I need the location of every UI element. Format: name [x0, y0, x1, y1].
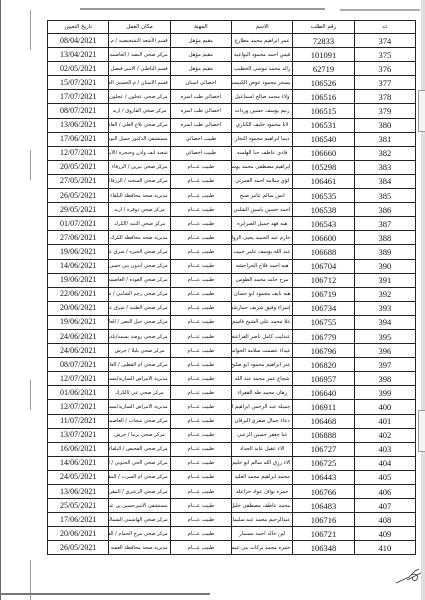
table-row: 381106540ديما ابراهيم محمود النجارطبيب ا… — [48, 132, 416, 146]
row-job-title: طبيب عـــام — [170, 513, 231, 527]
row-seq: 382 — [354, 146, 415, 160]
table-row: 382106660فادي عاطف حنا الهلسهطبيب اخصائي… — [48, 146, 416, 160]
row-job-title: طبيب عـــام — [170, 245, 231, 259]
row-seq: 394 — [354, 315, 415, 329]
row-seq: 410 — [354, 541, 415, 555]
row-date: 13/07/2021 — [48, 428, 109, 442]
row-request-no: 106483 — [293, 499, 354, 513]
row-request-no: 106704 — [293, 259, 354, 273]
table-row: 405106443محمد ابراهيم محمد العليدطبيب عـ… — [48, 470, 416, 484]
row-request-no: 105298 — [293, 160, 354, 174]
header-rule — [80, 8, 325, 10]
row-name: الاء عقيل عايد الحداد — [232, 442, 293, 456]
row-seq: 398 — [354, 372, 415, 386]
row-name: فادي عاطف حنا الهلسه — [232, 146, 293, 160]
row-job-title: طبيب عـــام — [170, 428, 231, 442]
row-job-title: طبيب عـــام — [170, 541, 231, 555]
row-job-title: طبيب عـــام — [170, 527, 231, 541]
row-date: 25/05/2021 — [48, 499, 109, 513]
row-name: جميله عبد الرحمن ابراهيم ابو عجميه — [232, 400, 293, 414]
row-job-title: اخصائي طب اسره — [170, 104, 231, 118]
table-row: 410106348حمزه محمد بركات بني عيسىطبيب عـ… — [48, 541, 416, 555]
row-date: 01/06/2021 — [48, 386, 109, 400]
row-name: احمد حسين ياسين الشلبي — [232, 203, 293, 217]
row-seq: 387 — [354, 217, 415, 231]
row-seq: 389 — [354, 245, 415, 259]
row-date: 29/05/2021 — [48, 203, 109, 217]
row-workplace: مركز صحي بيرين / الزرقاء — [109, 160, 170, 174]
row-date: 20/06/2021 — [48, 527, 109, 541]
row-workplace: مركز صحي مرج الحمام / العاصمه — [109, 527, 170, 541]
row-date: 08/04/2021 — [48, 34, 109, 48]
row-workplace: مركز صحي ابدون بني حسن / المفرق — [109, 259, 170, 273]
table-row: 399106640رهان محمد طه القفراءطبيب عـــام… — [48, 386, 416, 400]
row-name: هبه احمد فلاح الحراحشه — [232, 259, 293, 273]
row-request-no: 106535 — [293, 189, 354, 203]
row-request-no: 106721 — [293, 527, 354, 541]
table-row: 385106535انس سالم عامر صبحطبيب عـــاممدي… — [48, 189, 416, 203]
row-request-no: 106443 — [293, 470, 354, 484]
row-date: 11/07/2021 — [48, 414, 109, 428]
row-workplace: مستشفى الدكتور جميل التوتنجي/ سحاب — [109, 132, 170, 146]
page-edge — [0, 0, 1, 600]
table-row: 386106538احمد حسين ياسين الشلبيطبيب عـــ… — [48, 203, 416, 217]
row-request-no: 106468 — [293, 414, 354, 428]
header-name: الاسم — [232, 21, 293, 34]
row-workplace: مركز صحي ام القطين / العاصمه — [109, 358, 170, 372]
row-workplace: مركز صحي الثنيه /الكرك — [109, 217, 170, 231]
row-name: عمر ابراهيم محمد مطارع — [232, 34, 293, 48]
row-request-no: 106348 — [293, 541, 354, 555]
row-name: حمزه محمد بركات بني عيسى — [232, 541, 293, 555]
row-date: 16/06/2021 — [48, 442, 109, 456]
row-seq: 391 — [354, 273, 415, 287]
row-request-no: 106820 — [293, 358, 354, 372]
row-date: 13/06/2021 — [48, 118, 109, 132]
row-seq: 401 — [354, 414, 415, 428]
row-workplace: مركز صحي رجم الشامي / شرق عمان — [109, 287, 170, 301]
row-seq: 386 — [354, 203, 415, 217]
row-request-no: 101091 — [293, 48, 354, 62]
row-date: 26/05/2021 — [48, 541, 109, 555]
row-workplace: مركز صحي الهاشمي الشمالي / العاصمه — [109, 513, 170, 527]
row-workplace: مركز صحي الزعتري / المفرق — [109, 485, 170, 499]
row-job-title: طبيب عـــام — [170, 344, 231, 358]
row-job-title: طبيب عـــام — [170, 160, 231, 174]
row-date: 12/07/2021 — [48, 146, 109, 160]
table-row: 378106516ولاء محمد صالح اسماعيلاخصائي طب… — [48, 90, 416, 104]
row-job-title: اخصائي طب اسره — [170, 90, 231, 104]
row-workplace: مركز صحي البصه / العاصمه — [109, 48, 170, 62]
row-name: محمد عاطف مصطفى خليل — [232, 499, 293, 513]
row-request-no: 62719 — [293, 62, 354, 76]
row-seq: 403 — [354, 442, 415, 456]
row-job-title: طبيب عـــام — [170, 217, 231, 231]
row-workplace: مركز صحي الفاروق / اربد — [109, 104, 170, 118]
table-row: 404106725الاء رزق الله سالم ابو حليمطبيب… — [48, 456, 416, 470]
row-workplace: شعبة انف واذن وحنجرة /الايمان عجلون — [109, 146, 170, 160]
table-row: 380106531لانا محمود خليف الكنارياخصائي ط… — [48, 118, 416, 132]
row-workplace: مركز صحي الفحيص / البلقاء — [109, 442, 170, 456]
table-row: 403106727الاء عقيل عايد الحدادطبيب عـــا… — [48, 442, 416, 456]
row-workplace: مركز صحي ام السرب / المفرق — [109, 470, 170, 484]
row-workplace: مركز صحي سحاب / العاصمه — [109, 414, 170, 428]
row-request-no: 106461 — [293, 174, 354, 188]
row-name: حمزه نواف عواد خزاعله — [232, 485, 293, 499]
row-seq: 380 — [354, 118, 415, 132]
row-workplace: مركز صحي جبل النصر / العاصمه — [109, 315, 170, 329]
row-workplace: مديرية صحة محافظة العقبه — [109, 541, 170, 555]
row-name: يسحر محمود عوض الكبيسي — [232, 76, 293, 90]
row-name: شجاع عمر محمد عبد الله — [232, 372, 293, 386]
row-job-title: طبيب عـــام — [170, 301, 231, 315]
table-row: 389106688عبد الله يوسف عامر حبيبطبيب عــ… — [48, 245, 416, 259]
row-name: عبدالرحيم محمد عبد سليمان — [232, 513, 293, 527]
row-workplace: مركز صحي الطيبه / شرق عمان — [109, 301, 170, 315]
row-name: غنا جعفر حسين الزعبي — [232, 428, 293, 442]
header-request-no: رقم الطلب — [293, 21, 354, 34]
row-name: ولاء محمد صالح اسماعيل — [232, 90, 293, 104]
row-date: 17/06/2021 — [48, 513, 109, 527]
row-request-no: 106538 — [293, 203, 354, 217]
row-workplace: قسم الأشعة التشخيصية / م.الزرقاء — [109, 34, 170, 48]
row-workplace: مركز صحي تلاع العلي / العاصمه — [109, 118, 170, 132]
margin-box — [418, 410, 425, 452]
row-seq: 384 — [354, 174, 415, 188]
row-request-no: 106957 — [293, 372, 354, 386]
row-seq: 385 — [354, 189, 415, 203]
row-workplace: مركز صحي روضة بسمه/بلدية ش/المفرق — [109, 329, 170, 343]
row-date: 24/06/2021 — [48, 344, 109, 358]
table-row: 402106888غنا جعفر حسين الزعبيطبيب عـــام… — [48, 428, 416, 442]
table-row: 388106600حازم عبد الحميد يحيى الروالشدهط… — [48, 231, 416, 245]
margin-box — [418, 90, 425, 132]
table-row: 384106461لؤي سلامه احمد العمرتيطبيب عـــ… — [48, 174, 416, 188]
row-seq: 400 — [354, 400, 415, 414]
table-row: 393106734إسراء وفيق شريف حمارشهطبيب عـــ… — [48, 301, 416, 315]
row-name: رهان محمد طه القفراء — [232, 386, 293, 400]
row-job-title: طبيب عـــام — [170, 372, 231, 386]
row-name: انس سالم عامر صبح — [232, 189, 293, 203]
row-workplace: مركز صحي السخنه / الزرقاء — [109, 174, 170, 188]
row-date: 27/05/2021 — [48, 174, 109, 188]
row-name: رائد محمد موسى الخطيب — [232, 62, 293, 76]
row-date: 08/07/2021 — [48, 358, 109, 372]
row-date: 14/06/2021 — [48, 259, 109, 273]
row-name: دعاء جمال صقري البرقان — [232, 414, 293, 428]
row-date: 13/06/2021 — [48, 485, 109, 499]
table-body: 37472833عمر ابراهيم محمد مطارعمقيم مؤهلق… — [48, 34, 416, 555]
row-seq: 379 — [354, 104, 415, 118]
row-request-no: 106543 — [293, 217, 354, 231]
row-workplace: مديرية صحة محافظة البلقاء — [109, 189, 170, 203]
row-name: هبه فهد جميل الصرايره — [232, 217, 293, 231]
appointment-table: ت رقم الطلب الاسم المهنة مكان العمل تاري… — [47, 20, 416, 555]
row-name: غيداء عصمت سلامه الحوامده — [232, 344, 293, 358]
table-row: 406106766حمزه نواف عواد خزاعلهطبيب عـــا… — [48, 485, 416, 499]
row-request-no: 106719 — [293, 287, 354, 301]
row-seq: 393 — [354, 301, 415, 315]
row-seq: 376 — [354, 62, 415, 76]
table-row: 37662719رائد محمد موسى الخطيبمقيم مؤهلقس… — [48, 62, 416, 76]
table-row: 396106796غيداء عصمت سلامه الحوامدهطبيب ع… — [48, 344, 416, 358]
row-date: 24/05/2021 — [48, 470, 109, 484]
row-workplace: مديرية صحة محافظة الكرك — [109, 231, 170, 245]
table-row: 408106716عبدالرحيم محمد عبد سليمانطبيب ع… — [48, 513, 416, 527]
row-seq: 374 — [354, 34, 415, 48]
table-row: 394106755علا محمد علي الشيخ قاسمطبيب عــ… — [48, 315, 416, 329]
table-row: 400106911جميله عبد الرحمن ابراهيم ابو عج… — [48, 400, 416, 414]
row-request-no: 106888 — [293, 428, 354, 442]
row-job-title: طبيب اخصائي — [170, 146, 231, 160]
table-row: 409106721لين خالد احمد مسمارطبيب عـــامم… — [48, 527, 416, 541]
footer-rule — [0, 593, 210, 595]
row-name: إسراء وفيق شريف حمارشه — [232, 301, 293, 315]
row-request-no: 106531 — [293, 118, 354, 132]
row-name: ابراهيم مصطفى محمد يوسف — [232, 160, 293, 174]
row-date: 12/07/2021 — [48, 400, 109, 414]
row-job-title: اخصائي اسنان — [170, 76, 231, 90]
row-workplace: مركز صحي الجيزه / شرق عمان — [109, 245, 170, 259]
row-workplace: مركز صحي العوده / العاصمه — [109, 273, 170, 287]
row-date: 19/06/2021 — [48, 273, 109, 287]
table-row: 391106712مرح حامد محمد الطوسطبيب عـــامم… — [48, 273, 416, 287]
row-workplace: مركز صحي بليلا / جرش — [109, 344, 170, 358]
table-row: 401106468دعاء جمال صقري البرقانطبيب عـــ… — [48, 414, 416, 428]
row-name: لؤي سلامه احمد العمرتي — [232, 174, 293, 188]
row-name: محمد ابراهيم محمد العليد — [232, 470, 293, 484]
row-name: عنر ابراهيم محمود ابو صليح — [232, 358, 293, 372]
header-rule — [340, 9, 420, 11]
table-row: 390106704هبه احمد فلاح الحراحشهطبيب عـــ… — [48, 259, 416, 273]
table-row: 383105298ابراهيم مصطفى محمد يوسفطبيب عــ… — [48, 160, 416, 174]
row-seq: 392 — [354, 287, 415, 301]
row-request-no: 106727 — [293, 442, 354, 456]
row-date: 02/05/2021 — [48, 62, 109, 76]
row-date: 13/04/2021 — [48, 48, 109, 62]
row-seq: 397 — [354, 358, 415, 372]
row-request-no: 106660 — [293, 146, 354, 160]
row-job-title: طبيب عـــام — [170, 499, 231, 513]
row-request-no: 106911 — [293, 400, 354, 414]
row-request-no: 106526 — [293, 76, 354, 90]
row-date: 26/05/2021 — [48, 189, 109, 203]
row-request-no: 106540 — [293, 132, 354, 146]
row-seq: 396 — [354, 344, 415, 358]
row-seq: 408 — [354, 513, 415, 527]
table-row: 379106515رنيم يوسف حسين ورداتاخصائي طب ا… — [48, 104, 416, 118]
row-job-title: طبيب عـــام — [170, 203, 231, 217]
row-date: 20/06/2021 — [48, 301, 109, 315]
signature-icon — [395, 567, 423, 585]
row-name: قيس احمد محمود البواعيه — [232, 48, 293, 62]
row-seq: 404 — [354, 456, 415, 470]
row-request-no: 106779 — [293, 329, 354, 343]
row-job-title: طبيب عـــام — [170, 329, 231, 343]
row-name: حازم عبد الحميد يحيى الروالشده — [232, 231, 293, 245]
row-name: علا محمد علي الشيخ قاسم — [232, 315, 293, 329]
table-row: 397106820عنر ابراهيم محمود ابو صليحطبيب … — [48, 358, 416, 372]
row-job-title: طبيب عـــام — [170, 386, 231, 400]
row-request-no: 106515 — [293, 104, 354, 118]
table-row: 387106543هبه فهد جميل الصرايرهطبيب عـــا… — [48, 217, 416, 231]
row-job-title: طبيب عـــام — [170, 442, 231, 456]
row-seq: 409 — [354, 527, 415, 541]
row-job-title: طبيب عـــام — [170, 400, 231, 414]
row-job-title: اخصائي طب اسره — [170, 118, 231, 132]
table-row: 407106483محمد عاطف مصطفى خليلطبيب عـــام… — [48, 499, 416, 513]
row-job-title: مقيم مؤهل — [170, 48, 231, 62]
row-job-title: طبيب عـــام — [170, 358, 231, 372]
row-request-no: 106640 — [293, 386, 354, 400]
row-job-title: طبيب عـــام — [170, 273, 231, 287]
table-row: 377106526يسحر محمود عوض الكبيسياخصائي اس… — [48, 76, 416, 90]
row-job-title: طبيب عـــام — [170, 189, 231, 203]
row-job-title: طبيب عـــام — [170, 259, 231, 273]
row-workplace: مديرية الامراض السارية/مساعد مدير/صحي — [109, 400, 170, 414]
row-name: عبد الله يوسف عامر حبيب — [232, 245, 293, 259]
row-seq: 388 — [354, 231, 415, 245]
row-workplace: قسم الباطني / الامير فيصل — [109, 62, 170, 76]
row-date: 15/07/2021 — [48, 76, 109, 90]
row-name: الاء رزق الله سالم ابو حليم — [232, 456, 293, 470]
row-request-no: 106766 — [293, 485, 354, 499]
table-row: 395106779عندليب كامل ناصر الفزاعنهطبيب ع… — [48, 329, 416, 343]
table-row: 392106719هبه نايف محمود ابو حسانطبيب عــ… — [48, 287, 416, 301]
row-date: 17/06/2021 — [48, 132, 109, 146]
row-date: 08/07/2021 — [48, 104, 109, 118]
row-request-no: 106688 — [293, 245, 354, 259]
row-job-title: طبيب عـــام — [170, 287, 231, 301]
row-date: 12/07/2021 — [48, 372, 109, 386]
row-date: 20/05/2021 — [48, 160, 109, 174]
row-job-title: طبيب عـــام — [170, 315, 231, 329]
row-request-no: 106796 — [293, 344, 354, 358]
row-name: عندليب كامل ناصر الفزاعنه — [232, 329, 293, 343]
row-seq: 375 — [354, 48, 415, 62]
row-seq: 402 — [354, 428, 415, 442]
row-seq: 406 — [354, 485, 415, 499]
margin-mark — [30, 10, 31, 50]
row-date: 19/06/2021 — [48, 315, 109, 329]
row-date: 19/06/2021 — [48, 245, 109, 259]
margin-mark — [30, 150, 31, 180]
header-seq: ت — [354, 21, 415, 34]
row-name: رنيم يوسف حسين وردات — [232, 104, 293, 118]
row-date: 01/07/2021 — [48, 217, 109, 231]
row-workplace: مركز صحي عي /الكرك — [109, 386, 170, 400]
row-seq: 405 — [354, 470, 415, 484]
row-date: 17/07/2021 — [48, 90, 109, 104]
row-job-title: مقيم مؤهل — [170, 34, 231, 48]
row-seq: 399 — [354, 386, 415, 400]
row-request-no: 106725 — [293, 456, 354, 470]
row-job-title: طبيب عـــام — [170, 456, 231, 470]
row-request-no: 106600 — [293, 231, 354, 245]
row-seq: 381 — [354, 132, 415, 146]
row-workplace: مستشفى الاميرحسين بن عبدالله الثاني — [109, 499, 170, 513]
row-workplace: مركز صحي دوقره / اربد — [109, 203, 170, 217]
header-date: تاريخ التعيين — [48, 21, 109, 34]
row-request-no: 106734 — [293, 301, 354, 315]
row-seq: 390 — [354, 259, 415, 273]
row-job-title: طبيب عـــام — [170, 231, 231, 245]
row-name: لين خالد احمد مسمار — [232, 527, 293, 541]
row-job-title: طبيب عـــام — [170, 485, 231, 499]
row-name: لانا محمود خليف الكناري — [232, 118, 293, 132]
row-seq: 377 — [354, 76, 415, 90]
table-row: 398106957شجاع عمر محمد عبد اللهطبيب عـــ… — [48, 372, 416, 386]
row-request-no: 106712 — [293, 273, 354, 287]
row-request-no: 72833 — [293, 34, 354, 48]
header-workplace: مكان العمل — [109, 21, 170, 34]
header-job-title: المهنة — [170, 21, 231, 34]
row-name: ديما ابراهيم محمود النجار — [232, 132, 293, 146]
row-seq: 407 — [354, 499, 415, 513]
row-date: 22/06/2021 — [48, 287, 109, 301]
row-job-title: طبيب عـــام — [170, 414, 231, 428]
row-job-title: طبيب عـــام — [170, 470, 231, 484]
row-seq: 383 — [354, 160, 415, 174]
row-date: 24/06/2021 — [48, 329, 109, 343]
table-header-row: ت رقم الطلب الاسم المهنة مكان العمل تاري… — [48, 21, 416, 34]
row-workplace: مديرية الامراض السارية/مساعد مدير/صحي — [109, 372, 170, 386]
row-workplace: مركز صحي برما / جرش — [109, 428, 170, 442]
row-name: هبه نايف محمود ابو حسان — [232, 287, 293, 301]
row-date: 14/06/2021 — [48, 456, 109, 470]
row-seq: 395 — [354, 329, 415, 343]
row-seq: 378 — [354, 90, 415, 104]
row-workplace: مركز صحي الحي الجنوبي / المفرق — [109, 456, 170, 470]
margin-mark — [30, 380, 31, 410]
row-name: مرح حامد محمد الطوس — [232, 273, 293, 287]
table-row: 375101091قيس احمد محمود البواعيهمقيم مؤه… — [48, 48, 416, 62]
row-job-title: طبيب عـــام — [170, 174, 231, 188]
row-job-title: طبيب اخصائي — [170, 132, 231, 146]
row-request-no: 106755 — [293, 315, 354, 329]
row-date: 27/06/2021 — [48, 231, 109, 245]
row-workplace: مركز صحي عجلون / عجلون — [109, 90, 170, 104]
table-row: 37472833عمر ابراهيم محمد مطارعمقيم مؤهلق… — [48, 34, 416, 48]
row-request-no: 106516 — [293, 90, 354, 104]
row-workplace: قسم الاسنان / م.الحسين الجديد — [109, 76, 170, 90]
row-job-title: مقيم مؤهل — [170, 62, 231, 76]
row-request-no: 106716 — [293, 513, 354, 527]
